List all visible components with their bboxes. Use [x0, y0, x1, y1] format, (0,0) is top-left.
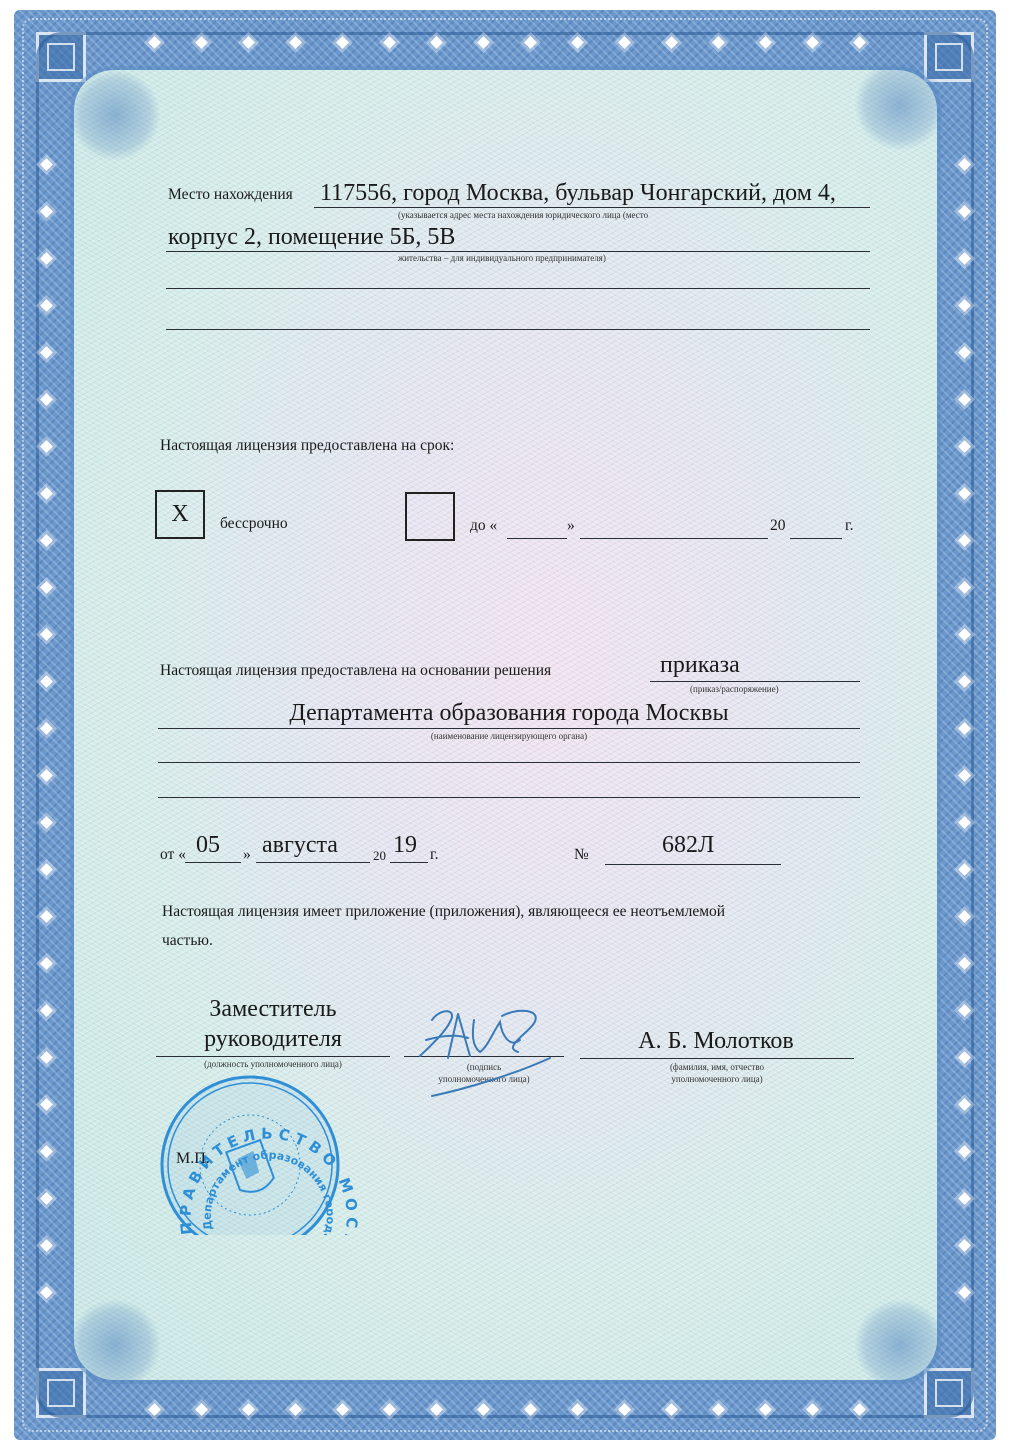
official-stamp-icon: ПРАВИТЕЛЬСТВО МОСКВЫ • * 2 * Департамент…	[130, 1075, 370, 1235]
date-year-prefix: 20	[373, 848, 386, 864]
signatory-position-line-2: руководителя	[156, 1026, 390, 1053]
until-year-field	[790, 538, 842, 539]
address-line-2: корпус 2, помещение 5Б, 5В	[168, 224, 455, 251]
signatory-name: А. Б. Молотков	[580, 1028, 852, 1055]
date-day: 05	[196, 832, 220, 859]
position-underline	[156, 1056, 390, 1057]
checkbox-mark: X	[171, 501, 188, 528]
number-label: №	[574, 846, 589, 864]
address-label: Место нахождения	[168, 186, 293, 204]
seal-place-label: М.П.	[176, 1150, 210, 1168]
decision-type: приказа	[660, 652, 740, 679]
until-day-field	[507, 538, 567, 539]
date-prefix: от «	[160, 846, 186, 864]
date-quote-close: »	[243, 846, 251, 864]
corner-ornament-icon	[36, 32, 86, 82]
basis-blank-line-2	[158, 797, 860, 798]
address-hint-2: жительства – для индивидуального предпри…	[398, 253, 606, 263]
until-year-suffix: г.	[845, 517, 853, 535]
appendix-note-line-2: частью.	[162, 932, 213, 950]
rosette-ornament-icon	[70, 70, 160, 160]
basis-blank-line-1	[158, 762, 860, 763]
address-underline-1	[314, 207, 870, 208]
name-hint-line-2: уполномоченного лица)	[580, 1074, 854, 1084]
authority-underline	[158, 728, 860, 729]
checkbox-until-date[interactable]	[405, 492, 455, 541]
decision-type-hint: (приказ/распоряжение)	[690, 684, 779, 694]
date-day-underline	[185, 862, 241, 863]
term-label: Настоящая лицензия предоставлена на срок…	[160, 437, 454, 455]
authority-hint: (наименование лицензирующего органа)	[158, 731, 860, 741]
license-number: 682Л	[662, 832, 714, 859]
date-month: августа	[262, 832, 338, 859]
address-underline-2	[166, 251, 870, 252]
decision-type-underline	[650, 681, 860, 682]
until-prefix: до «	[470, 517, 497, 535]
license-number-underline	[605, 864, 781, 865]
until-year-prefix: 20	[770, 517, 786, 535]
until-quote-close: »	[567, 517, 575, 535]
until-month-field	[580, 538, 768, 539]
date-month-underline	[256, 862, 370, 863]
licensing-authority: Департамента образования города Москвы	[158, 700, 860, 727]
rosette-ornament-icon	[70, 1300, 160, 1390]
checkbox-unlimited[interactable]: X	[155, 490, 205, 539]
address-blank-line-3	[166, 288, 870, 289]
rosette-ornament-icon	[855, 1300, 945, 1390]
date-year-g: г.	[430, 846, 438, 864]
basis-label: Настоящая лицензия предоставлена на осно…	[160, 662, 551, 680]
position-hint: (должность уполномоченного лица)	[156, 1059, 390, 1069]
name-hint-line-1: (фамилия, имя, отчество	[580, 1062, 854, 1072]
address-hint-1: (указывается адрес места нахождения юрид…	[398, 210, 648, 220]
address-blank-line-4	[166, 329, 870, 330]
address-line-1: 117556, город Москва, бульвар Чонгарский…	[320, 180, 836, 207]
appendix-note-line-1: Настоящая лицензия имеет приложение (при…	[162, 903, 725, 921]
rosette-ornament-icon	[855, 60, 945, 150]
option-unlimited-label: бессрочно	[220, 515, 288, 533]
date-year-suffix: 19	[393, 832, 417, 859]
corner-ornament-icon	[36, 1368, 86, 1418]
signature-icon	[410, 1000, 560, 1100]
signatory-position-line-1: Заместитель	[156, 996, 390, 1023]
name-underline	[580, 1058, 854, 1059]
date-year-underline	[390, 862, 428, 863]
